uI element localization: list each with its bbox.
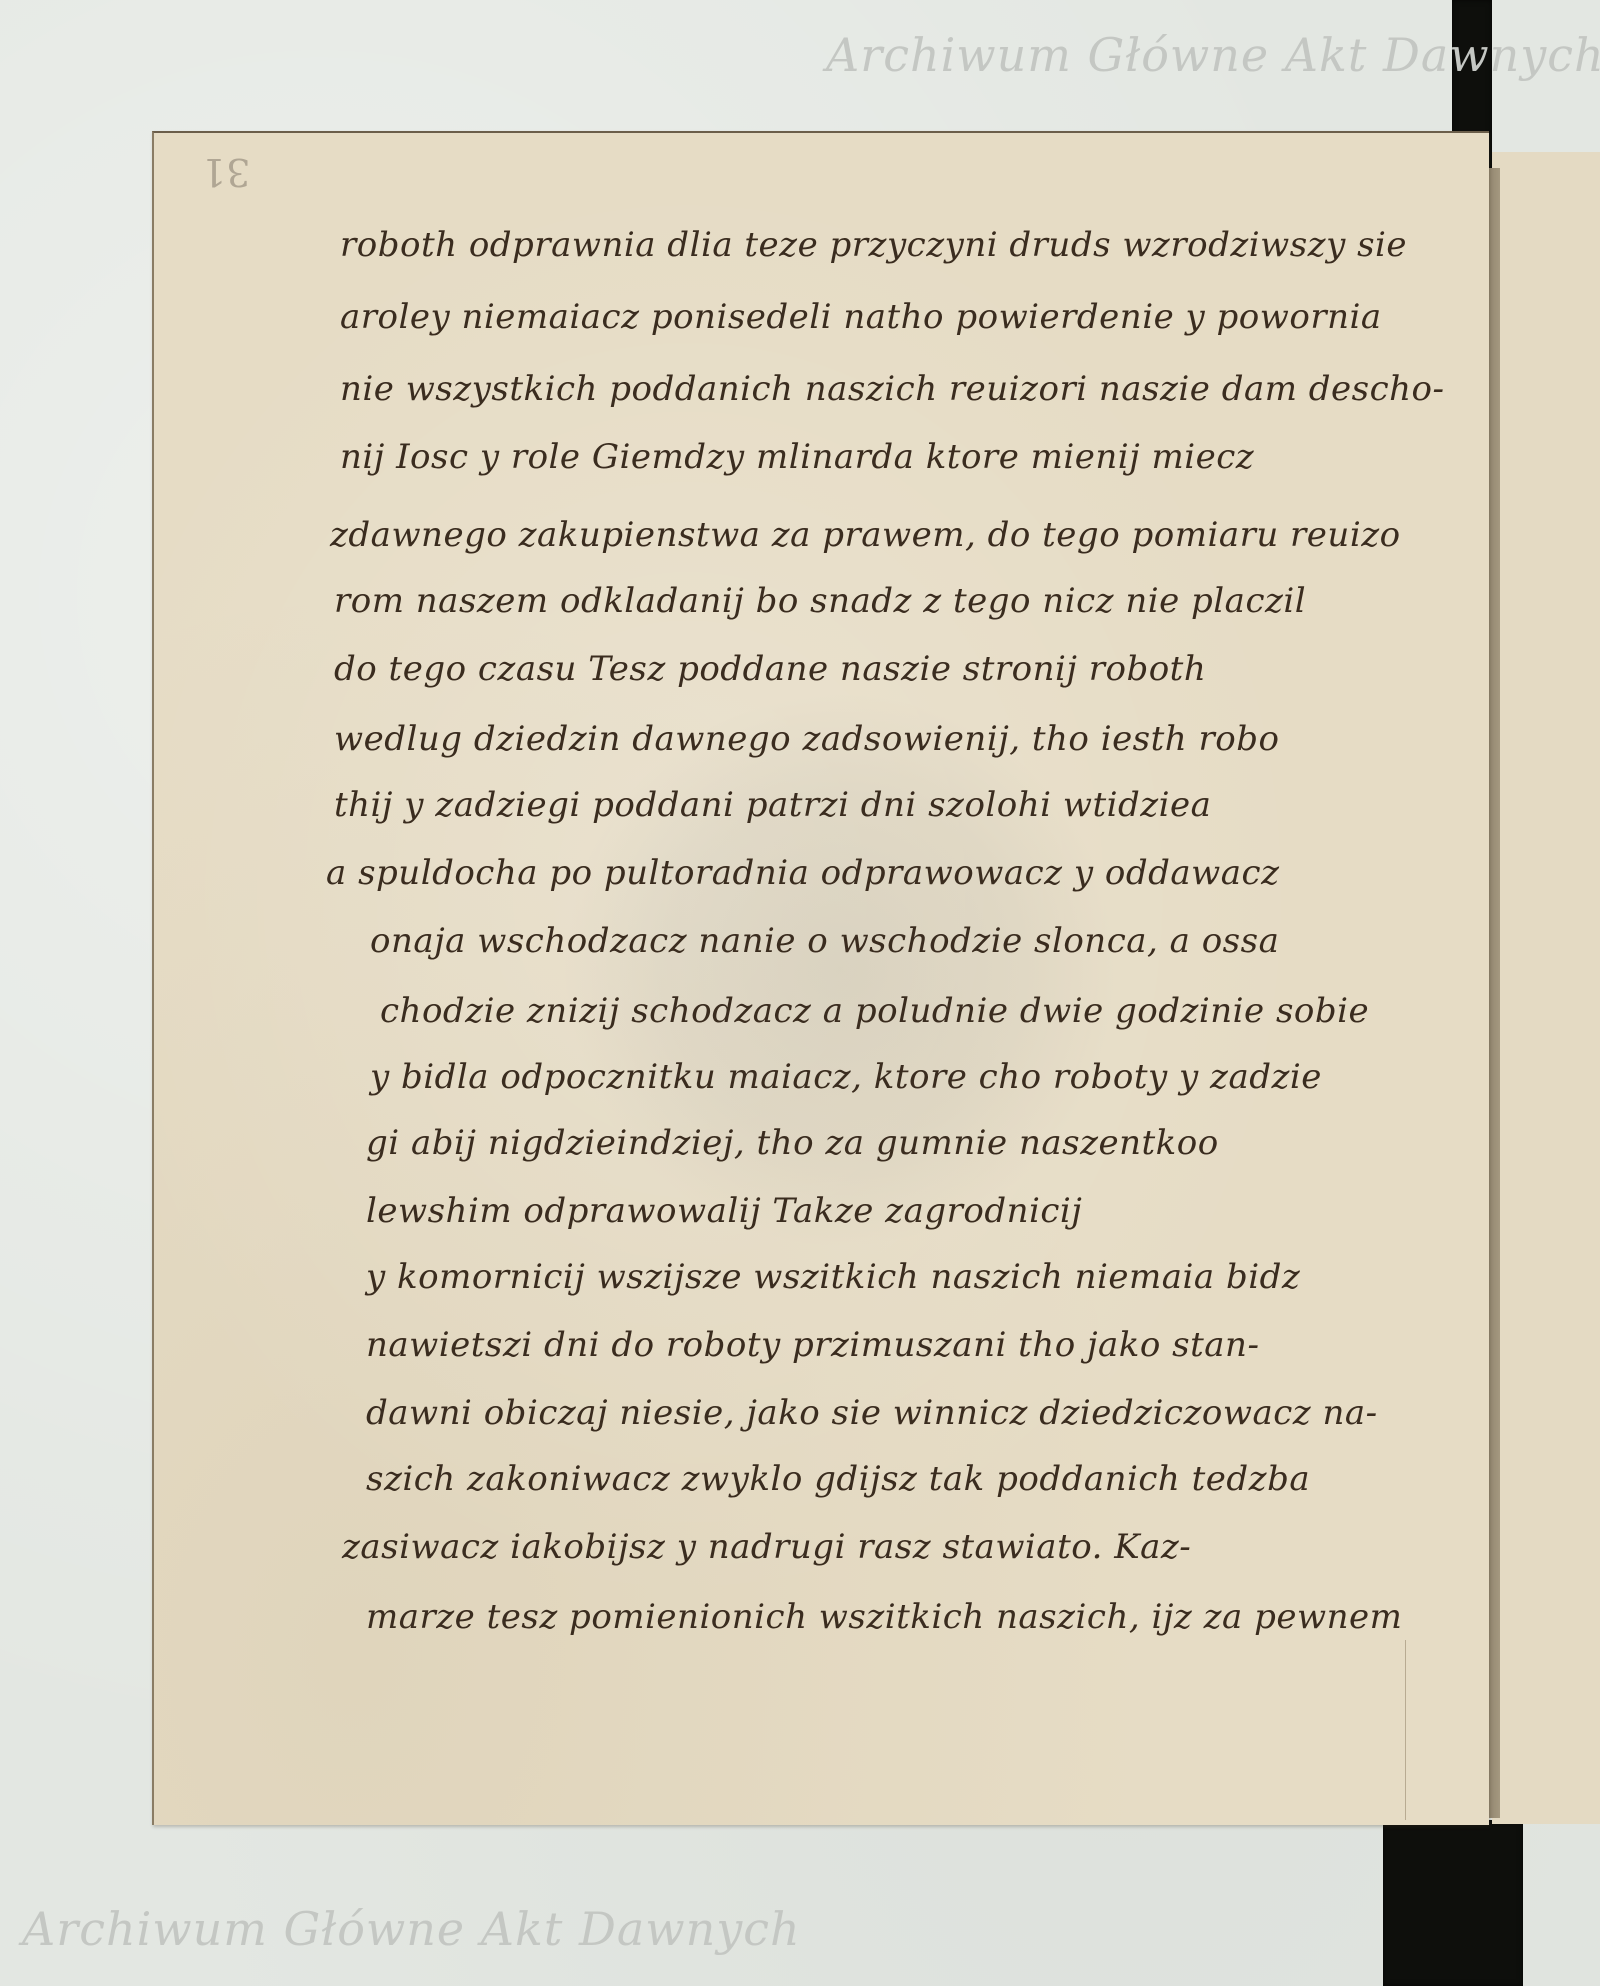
manuscript-line: nawietszi dni do roboty przimuszani tho … xyxy=(366,1325,1259,1365)
manuscript-line: onaja wschodzacz nanie o wschodzie slonc… xyxy=(370,921,1279,961)
manuscript-line: rom naszem odkladanij bo snadz z tego ni… xyxy=(334,581,1306,621)
manuscript-line: roboth odprawnia dlia teze przyczyni dru… xyxy=(340,225,1407,265)
manuscript-line: zasiwacz iakobijsz y nadrugi rasz stawia… xyxy=(342,1527,1191,1567)
manuscript-line: nie wszystkich poddanich naszich reuizor… xyxy=(340,369,1445,409)
manuscript-line: chodzie znizij schodzacz a poludnie dwie… xyxy=(380,991,1369,1031)
manuscript-line: dawni obiczaj niesie, jako sie winnicz d… xyxy=(366,1393,1378,1433)
manuscript-line: y bidla odpocznitku maiacz, ktore cho ro… xyxy=(370,1057,1322,1097)
binding-strip-bottom xyxy=(1383,1820,1523,1986)
manuscript-line: lewshim odprawowalij Takze zagrodnicij xyxy=(366,1191,1082,1231)
manuscript-line: zdawnego zakupienstwa za prawem, do tego… xyxy=(330,515,1401,555)
manuscript-line: wedlug dziedzin dawnego zadsowienij, tho… xyxy=(334,719,1279,759)
archive-watermark-top: Archiwum Główne Akt Dawnych xyxy=(826,28,1600,82)
archive-watermark-bottom: Archiwum Główne Akt Dawnych xyxy=(22,1902,801,1956)
manuscript-line: nij Iosc y role Giemdzy mlinarda ktore m… xyxy=(340,437,1254,477)
manuscript-line: gi abij nigdzieindziej, tho za gumnie na… xyxy=(366,1123,1219,1163)
manuscript-line: y komornicij wszijsze wszitkich naszich … xyxy=(366,1257,1300,1297)
manuscript-line: do tego czasu Tesz poddane naszie stroni… xyxy=(334,649,1206,689)
manuscript-line: marze tesz pomienionich wszitkich naszic… xyxy=(366,1597,1402,1637)
folio-number: 31 xyxy=(202,150,250,194)
manuscript-line: aroley niemaiacz ponisedeli natho powier… xyxy=(340,297,1382,337)
facing-page-edge xyxy=(1492,152,1600,1824)
manuscript-line: thij y zadziegi poddani patrzi dni szolo… xyxy=(334,785,1211,825)
faded-seal-stamp xyxy=(560,690,1120,1250)
page-fold-line xyxy=(1405,1640,1406,1820)
manuscript-line: szich zakoniwacz zwyklo gdijsz tak podda… xyxy=(366,1459,1310,1499)
manuscript-line: a spuldocha po pultoradnia odprawowacz y… xyxy=(326,853,1280,893)
